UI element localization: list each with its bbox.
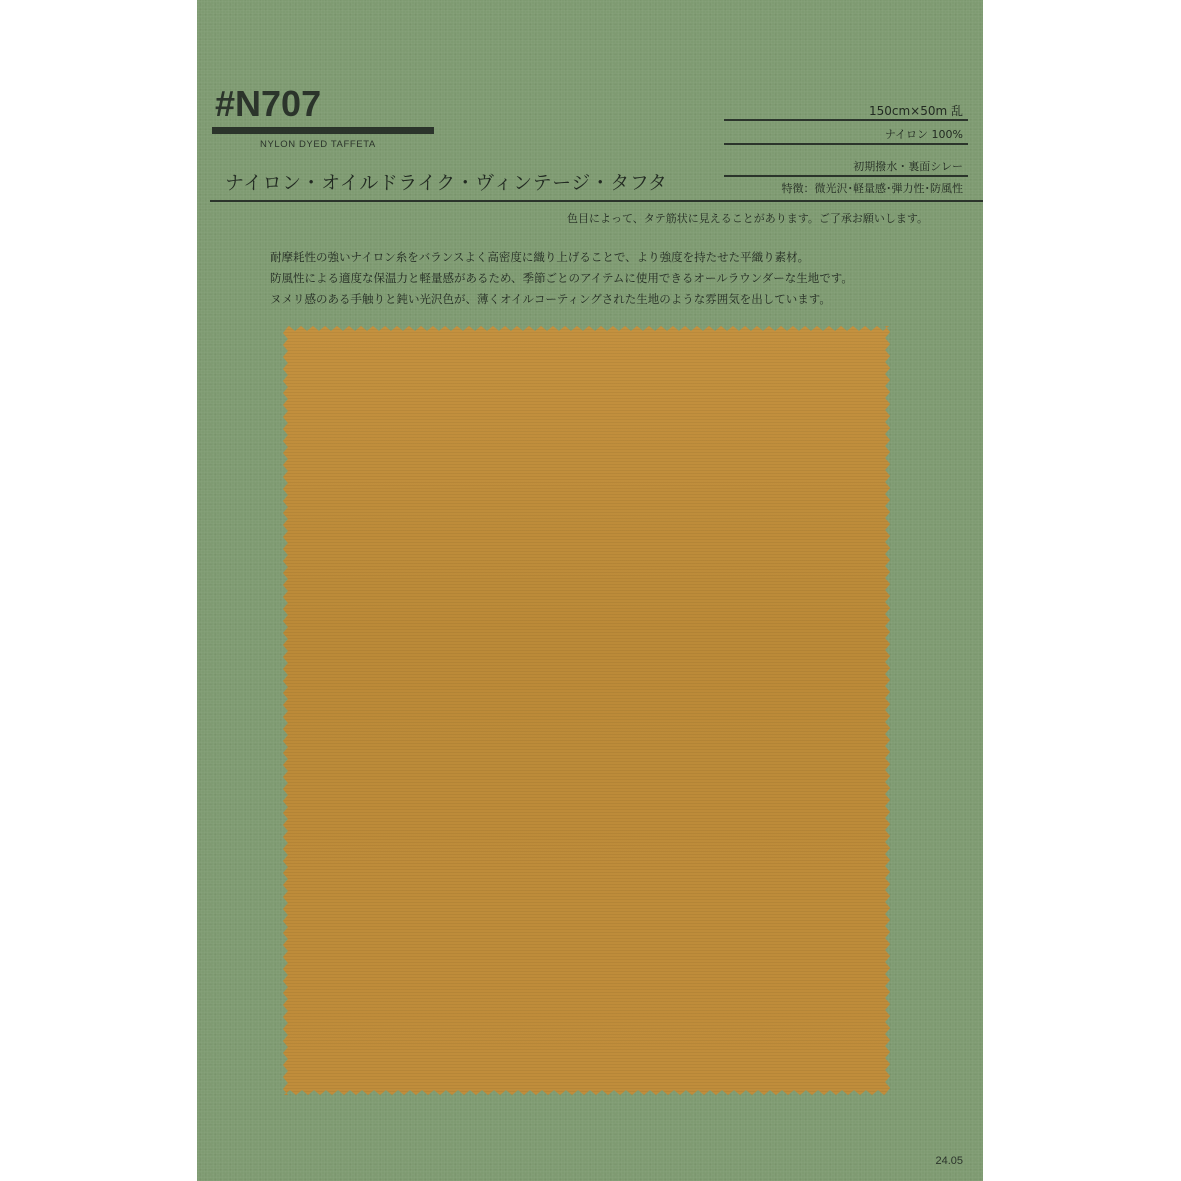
code-underline (212, 127, 434, 134)
date-label: 24.05 (935, 1155, 963, 1167)
product-code: #N707 (215, 86, 321, 122)
product-subtitle-en: NYLON DYED TAFFETA (260, 139, 376, 150)
fabric-swatch (283, 326, 890, 1095)
spec-divider (724, 119, 968, 121)
spec-finish: 初期撥水・裏面シレー (853, 158, 963, 174)
product-title-jp: ナイロン・オイルドライク・ヴィンテージ・タフタ (225, 168, 667, 195)
product-description: 耐摩耗性の強いナイロン糸をバランスよく高密度に織り上げることで、より強度を持たせ… (270, 247, 853, 310)
fabric-sample-card: #N707 NYLON DYED TAFFETA 150cm×50m 乱 ナイロ… (197, 0, 983, 1181)
spec-size: 150cm×50m 乱 (869, 102, 963, 119)
spec-divider (724, 143, 968, 145)
title-divider (210, 200, 983, 202)
color-note: 色目によって、タテ筋状に見えることがあります。ご了承お願いします。 (567, 210, 928, 226)
spec-features: 特徴：微光沢･軽量感･弾力性･防風性 (782, 180, 964, 196)
description-line: 防風性による適度な保温力と軽量感があるため、季節ごとのアイテムに使用できるオール… (270, 268, 853, 289)
spec-divider (724, 175, 968, 177)
description-line: ヌメリ感のある手触りと鈍い光沢色が、薄くオイルコーティングされた生地のような雰囲… (270, 289, 853, 310)
spec-composition: ナイロン 100% (885, 126, 963, 142)
description-line: 耐摩耗性の強いナイロン糸をバランスよく高密度に織り上げることで、より強度を持たせ… (270, 247, 853, 268)
